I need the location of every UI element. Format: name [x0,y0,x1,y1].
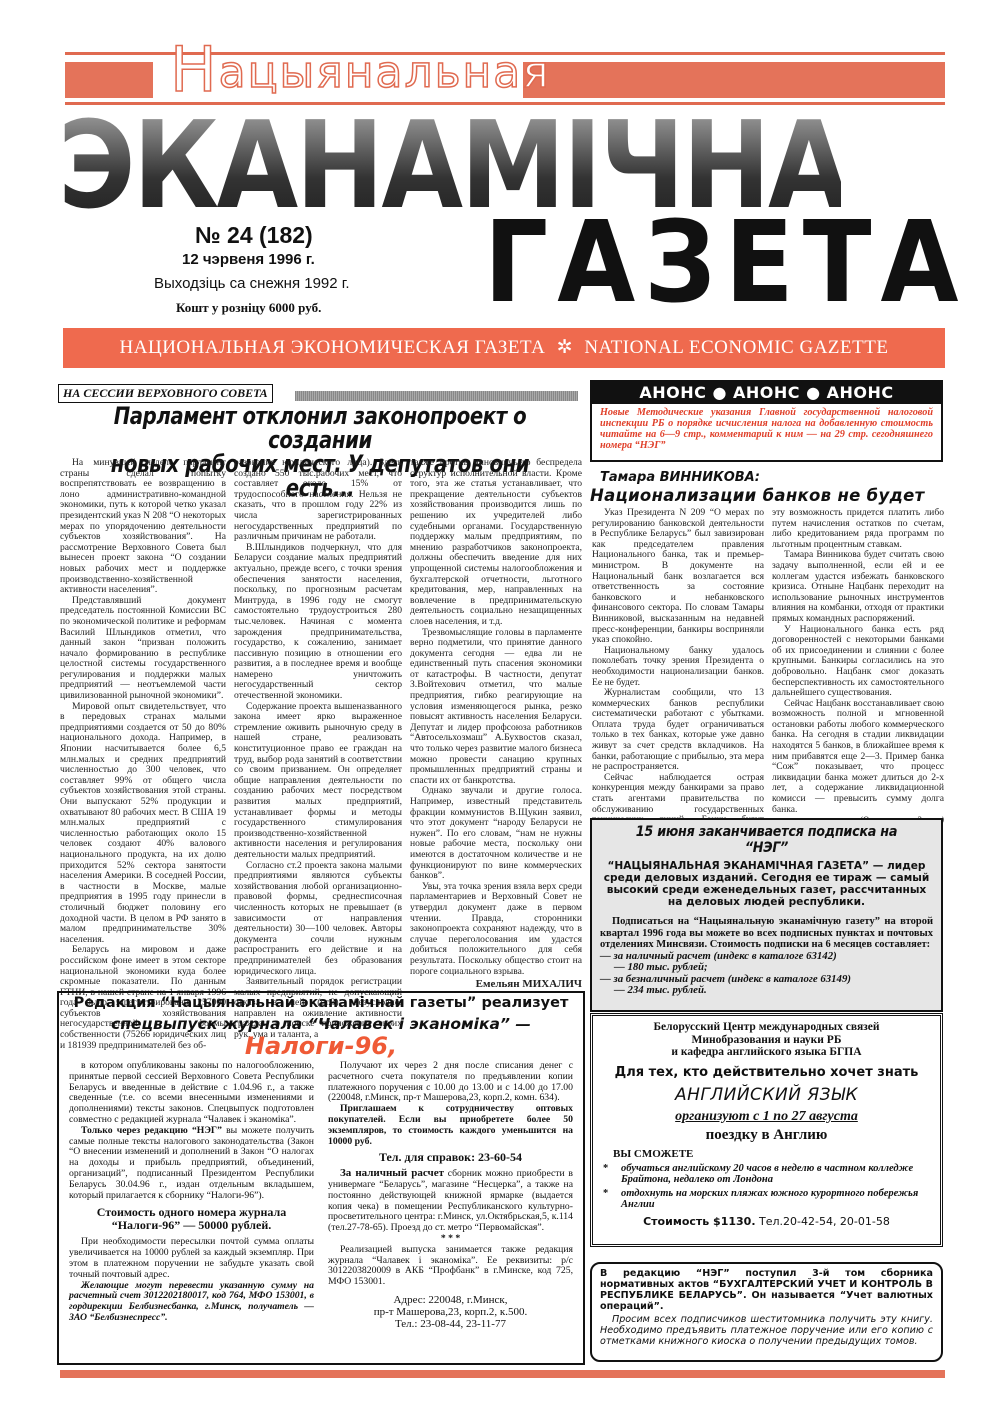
paragraph: Трезвомыслящие головы в парламенте верно… [410,628,582,787]
paragraph: разования юридического лица). Здесь созд… [234,458,402,543]
masthead-band-left [65,62,153,98]
bold-lead: Только через редакцию “НЭГ” [81,1125,222,1136]
main-article-column-3: также против чиновничьего беспредела стр… [410,458,582,990]
nalogi-columns: в котором опубликованы законы по налогоо… [69,1061,573,1330]
subscription-text: Подписаться на “Нацыянальную эканамічную… [600,916,933,951]
subscription-box: 15 июня заканчивается подписка на “НЭГ” … [590,818,943,1012]
section-kicker: НА СЕССИИ ВЕРХОВНОГО СОВЕТА [58,384,273,403]
issue-price: Кошт у розніцу 6000 руб. [176,300,321,316]
paragraph: Сейчас Нацбанк восстанавливает свою возм… [772,699,944,816]
anons-header: АНОНС ● АНОНС ● АНОНС [592,382,941,404]
option-price: — 234 тыс. рублей. [600,985,933,997]
address-line: пр-т Машерова,23, корп.2, к.500. [328,1306,573,1318]
paragraph: За наличный расчет сборник можно приобре… [328,1168,573,1234]
bank-article-column-1: Указ Президента N 209 “О мерах по регули… [592,508,764,847]
title-banner: НАЦИОНАЛЬНАЯ ЭКОНОМИЧЕСКАЯ ГАЗЕТА ✲ NATI… [63,328,945,368]
paragraph: Указ Президента N 209 “О мерах по регули… [592,508,764,646]
bank-article-headline: Национализации банков не будет [590,486,925,505]
paragraph: Тамара Винникова будет считать свою зада… [772,550,944,624]
paragraph: Национальному банку удалось поколебать т… [592,646,764,688]
paragraph: также против чиновничьего беспредела стр… [410,458,582,628]
asterisk-icon: * [603,1163,608,1174]
address-block: Адрес: 220048, г.Минск, пр-т Машерова,23… [328,1294,573,1330]
main-article-column-2: разования юридического лица). Здесь созд… [234,458,402,1041]
paragraph: Однако звучали и другие голоса. Например… [410,786,582,881]
nalogi-head-1: Редакция “Нацыянальнай эканамічнай газет… [69,995,573,1011]
benefit-text: обучаться английскому 20 часов в неделю … [621,1163,913,1185]
ad-trip: поездку в Англию [601,1127,932,1144]
ad-benefit-item: *отдохнуть на морских пляжах южного куро… [601,1188,932,1210]
paragraph: Согласно ст.2 проекта закона малыми пред… [234,861,402,978]
paragraph: При необходимости пересылки почтой сумма… [69,1237,314,1280]
organizer-line: Белорусский Центр международных связей [601,1021,932,1034]
note-request: Просим всех подписчиков шеститомника пол… [600,1314,933,1347]
paragraph: Содержание проекта вышеназванного закона… [234,702,402,861]
address-line: Тел.: 23-08-44, 23-11-77 [328,1318,573,1330]
paragraph: Желающие могут перевести указанную сумму… [69,1281,314,1324]
nalogi-column-1: в котором опубликованы законы по налогоо… [69,1061,314,1330]
byline: Емельян МИХАЛИЧ [410,979,582,990]
paragraph-rest: вы можете получить самые полные тексты н… [69,1125,314,1201]
masthead-word-rest: ацыянальная [219,47,551,98]
subscription-headline: 15 июня заканчивается подписка на “НЭГ” [620,824,913,856]
nalogi-price: Стоимость одного номера журнала “Налоги-… [69,1206,314,1232]
nalogi-96-ad: Редакция “Нацыянальнай эканамічнай газет… [57,991,585,1365]
nalogi-head-2: спецвыпуск журнала “Чалавек і эканоміка”… [69,1015,573,1033]
ad-price: Стоимость $1130. [643,1215,755,1228]
ad-phones: Тел.20-42-54, 20-01-58 [759,1215,890,1228]
bank-article-column-2: эту возможность придется платить либо пу… [772,508,944,826]
bold-lead: За наличный расчет [340,1167,444,1179]
paragraph: эту возможность придется платить либо пу… [772,508,944,550]
anons-body: Новые Методические указания Главной госу… [592,404,941,454]
benefit-text: отдохнуть на морских пляжах южного курор… [621,1188,918,1210]
anons-box: АНОНС ● АНОНС ● АНОНС Новые Методические… [590,380,943,462]
paragraph: Мировой опыт свидетельствует, что в пере… [60,702,226,946]
published-since: Выходзіць са снежня 1992 г. [154,275,350,292]
masthead-band-right [523,62,945,98]
accounting-volume-note: В редакцию “НЭГ” поступил 3-й том сборни… [590,1262,943,1362]
masthead-initial: Н [170,33,219,106]
asterisk-icon: * [603,1188,608,1199]
paragraph: Получают их через 2 дня после списания д… [328,1061,573,1104]
paragraph: В.Шлындиков подчеркнул, что для Беларуси… [234,543,402,702]
banner-russian: НАЦИОНАЛЬНАЯ ЭКОНОМИЧЕСКАЯ ГАЗЕТА [120,337,546,358]
address-line: Адрес: 220048, г.Минск, [328,1294,573,1306]
paragraph: Журналистам сообщили, что 13 коммерчески… [592,688,764,773]
issue-number: № 24 (182) [195,222,313,249]
paragraph: Представлявший документ председатель пос… [60,596,226,702]
banner-english: NATIONAL ECONOMIC GAZETTE [584,337,888,358]
ad-lead: Для тех, кто действительно хочет знать [601,1065,932,1080]
organizer-line: Минобразования и науки РБ [601,1034,932,1047]
ad-benefit-item: *обучаться английскому 20 часов в неделю… [601,1163,932,1185]
ad-title: АНГЛИЙСКИЙ ЯЗЫК [601,1085,932,1105]
star-icon: ✲ [557,337,573,358]
bottom-red-bar [60,1370,945,1378]
paragraph: Приглашаем к сотрудничеству оптовых поку… [328,1104,573,1147]
subscription-options: — за наличный расчет (индекс в каталоге … [600,951,933,997]
subscription-lead: “НАЦЫЯНАЛЬНАЯ ЭКАНАМІЧНАЯ ГАЗЕТА” — лиде… [600,860,933,908]
masthead-natsyyanalnaya: Нацыянальная [170,40,551,103]
masthead-gazeta: ГАЗЕТА [484,208,967,318]
kicker-rule [295,391,578,401]
note-announcement: В редакцию “НЭГ” поступил 3-й том сборни… [600,1268,933,1312]
paragraph: У Национального банка есть ряд договорен… [772,625,944,699]
paragraph: Только через редакцию “НЭГ” вы можете по… [69,1126,314,1202]
english-course-ad: Белорусский Центр международных связей М… [590,1013,943,1247]
paragraph: Увы, эта точка зрения взяла верх среди п… [410,882,582,977]
paragraph: в котором опубликованы законы по налогоо… [69,1061,314,1126]
option-price: — 180 тыс. рублей; [600,962,933,974]
bank-article-author: Тамара ВИННИКОВА: [600,470,760,485]
ad-organizer: Белорусский Центр международных связей М… [601,1021,932,1059]
headline-line-1: Парламент отклонил законопроект о создан… [107,404,533,452]
nalogi-head-3: Налоги-96, [69,1033,573,1059]
reference-phone: Тел. для справок: 23-60-54 [328,1152,573,1163]
paragraph: На минувшей неделе парламент страны сдел… [60,458,226,596]
ad-price-line: Стоимость $1130. Тел.20-42-54, 20-01-58 [601,1215,932,1228]
ad-you-can: ВЫ СМОЖЕТЕ [601,1148,932,1160]
issue-date: 12 чэрвеня 1996 г. [182,251,315,268]
nalogi-column-2: Получают их через 2 дня после списания д… [328,1061,573,1330]
main-article-column-1: На минувшей неделе парламент страны сдел… [60,458,226,1051]
paragraph: Реализацией выпуска занимается также ред… [328,1245,573,1288]
ad-dates: организуют с 1 по 27 августа [601,1109,932,1125]
organizer-line: и кафедра английского языка БГПА [601,1046,932,1059]
